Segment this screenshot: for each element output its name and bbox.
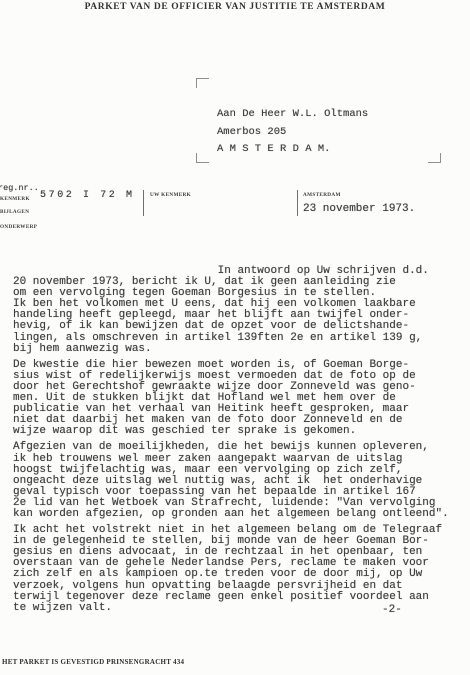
onderwerp-label: ONDERWERP [0, 224, 37, 230]
body-paragraph: Afgezien van de moeilijkheden, die het b… [13, 442, 465, 520]
reference-divider-line [143, 190, 144, 216]
address-window-corner-top-left [196, 78, 209, 88]
recipient-address-block: Aan De Heer W.L. Oltmans Amerbos 205 A M… [217, 106, 368, 159]
letter-body: In antwoord op Uw schrijven d.d. 20 nove… [13, 266, 465, 619]
letterhead-footer: HET PARKET IS GEVESTIGD PRINSENGRACHT 43… [2, 658, 184, 666]
body-paragraph: Ik acht het volstrekt niet in het algeme… [13, 525, 465, 614]
reference-divider-line [297, 190, 298, 216]
kenmerk-value: 5702 I 72 M [40, 190, 135, 201]
letterhead-title: PARKET VAN DE OFFICIER VAN JUSTITIE TE A… [0, 2, 470, 12]
uw-kenmerk-label: UW KENMERK [150, 192, 191, 198]
place-label: AMSTERDAM [303, 192, 341, 198]
recipient-street: Amerbos 205 [217, 124, 368, 142]
recipient-city: A M S T E R D A M. [217, 141, 368, 159]
recipient-name: Aan De Heer W.L. Oltmans [217, 106, 368, 124]
letter-date: 23 november 1973. [303, 203, 415, 215]
address-window-corner-bottom-left [196, 153, 209, 163]
body-paragraph: In antwoord op Uw schrijven d.d. 20 nove… [13, 266, 465, 355]
body-paragraph: De kwestie die hier bewezen moet worden … [13, 360, 465, 438]
scanned-letter-page: PARKET VAN DE OFFICIER VAN JUSTITIE TE A… [0, 0, 470, 675]
bijlagen-label: BIJLAGEN [0, 209, 29, 215]
reg-number-label: reg.nr.. [0, 183, 39, 193]
kenmerk-label: KENMERK [0, 196, 30, 202]
page-number-marker: -2- [382, 604, 402, 616]
address-window-corner-bottom-right [428, 153, 441, 163]
